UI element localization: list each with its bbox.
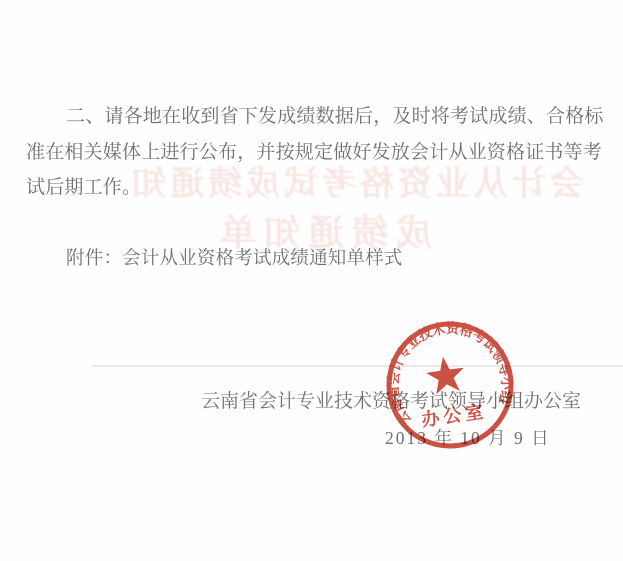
body-paragraph-line-1: 二、请各地在收到省下发成绩数据后，及时将考试成绩、合格标 xyxy=(66,101,604,128)
seal-center-text: 办公室 xyxy=(420,400,488,430)
scanned-document-page: 会计从业资格考试成绩通知 成绩通知单 二、请各地在收到省下发成绩数据后，及时将考… xyxy=(0,0,623,561)
attachment-line: 附件：会计从业资格考试成绩通知单样式 xyxy=(66,244,403,270)
scan-artifact-line xyxy=(92,365,623,367)
body-paragraph-line-2: 准在相关媒体上进行公布，并按规定做好发放会计从业资格证书等考 xyxy=(26,137,602,164)
body-paragraph-line-3: 试后期工作。 xyxy=(26,172,141,199)
official-seal: 云南省会计专业技术资格考试领导小组 办公室 xyxy=(374,309,525,460)
star-icon xyxy=(424,354,467,395)
